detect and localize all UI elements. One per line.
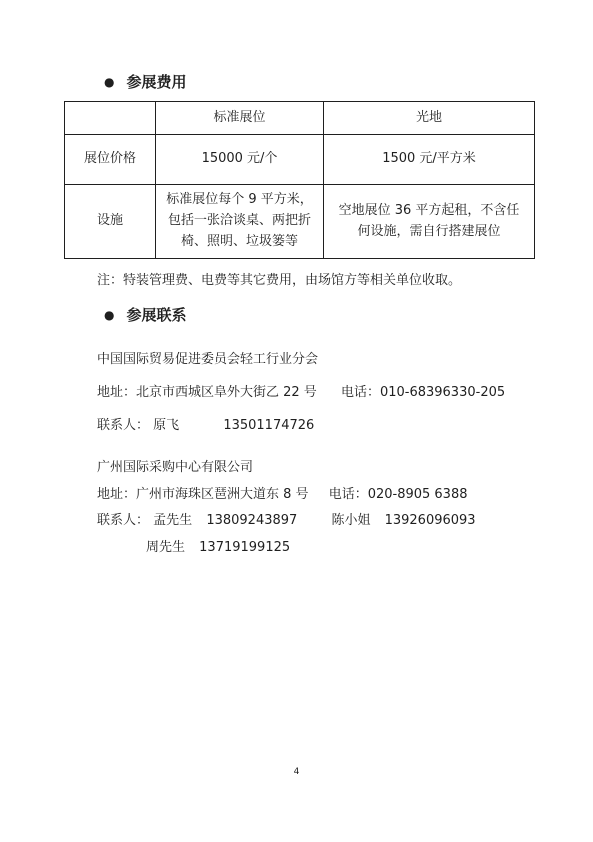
- org1-address-line: 地址：北京市西城区阜外大街乙 22 号 电话：010-68396330-205: [97, 384, 505, 401]
- price-standard-cell: 15000 元/个: [156, 135, 324, 185]
- section-heading-fees-label: 参展费用: [126, 73, 186, 91]
- org2-contact-line: 联系人： 孟先生 13809243897 陈小姐 13926096093: [97, 512, 476, 529]
- bullet-icon: ●: [104, 73, 114, 91]
- org2-person2-name: 陈小姐: [331, 513, 370, 528]
- col-header-raw-space: 光地: [324, 102, 535, 135]
- table-row-header: 标准展位 光地: [65, 102, 535, 135]
- org2-person1-name: 孟先生: [153, 513, 192, 528]
- org2-contact-line-2: 周先生 13719199125: [146, 539, 290, 556]
- page-number: 4: [0, 767, 593, 777]
- org2-name: 广州国际采购中心有限公司: [97, 459, 253, 476]
- org1-contact-line: 联系人： 原飞 13501174726: [97, 417, 314, 434]
- org1-person-mobile: 13501174726: [223, 418, 314, 433]
- org1-phone: 电话：010-68396330-205: [341, 385, 505, 400]
- fees-table: 标准展位 光地 展位价格 15000 元/个 1500 元/平方米 设施 标准展…: [64, 101, 535, 259]
- org2-person3-name: 周先生: [146, 540, 185, 555]
- section-heading-contact: ● 参展联系: [104, 306, 187, 324]
- fees-note: 注：特装管理费、电费等其它费用，由场馆方等相关单位收取。: [97, 272, 461, 289]
- table-row-facility: 设施 标准展位每个 9 平方米，包括一张洽谈桌、两把折椅、照明、垃圾篓等 空地展…: [65, 185, 535, 259]
- table-corner-cell: [65, 102, 156, 135]
- org2-person3-mobile: 13719199125: [199, 540, 290, 555]
- document-page: ● 参展费用 标准展位 光地 展位价格 15000 元/个 1500 元/平方米…: [0, 0, 593, 842]
- bullet-icon: ●: [104, 306, 114, 324]
- table-row-price: 展位价格 15000 元/个 1500 元/平方米: [65, 135, 535, 185]
- org2-address: 地址：广州市海珠区琶洲大道东 8 号: [97, 487, 309, 502]
- row-label-price: 展位价格: [65, 135, 156, 185]
- org1-contact-label: 联系人：: [97, 418, 149, 433]
- org2-person1-mobile: 13809243897: [206, 513, 297, 528]
- col-header-standard-booth: 标准展位: [156, 102, 324, 135]
- org2-phone: 电话：020-8905 6388: [329, 487, 468, 502]
- price-raw-space-cell: 1500 元/平方米: [324, 135, 535, 185]
- org1-name: 中国国际贸易促进委员会轻工行业分会: [97, 351, 318, 368]
- org2-contact-label: 联系人：: [97, 513, 149, 528]
- org1-address: 地址：北京市西城区阜外大街乙 22 号: [97, 385, 317, 400]
- org2-address-line: 地址：广州市海珠区琶洲大道东 8 号 电话：020-8905 6388: [97, 486, 468, 503]
- section-heading-fees: ● 参展费用: [104, 73, 187, 91]
- facility-raw-space-cell: 空地展位 36 平方起租，不含任何设施，需自行搭建展位: [324, 185, 535, 259]
- facility-standard-cell: 标准展位每个 9 平方米，包括一张洽谈桌、两把折椅、照明、垃圾篓等: [156, 185, 324, 259]
- org1-person-name: 原飞: [153, 418, 179, 433]
- section-heading-contact-label: 参展联系: [126, 306, 186, 324]
- org2-person2-mobile: 13926096093: [385, 513, 476, 528]
- row-label-facility: 设施: [65, 185, 156, 259]
